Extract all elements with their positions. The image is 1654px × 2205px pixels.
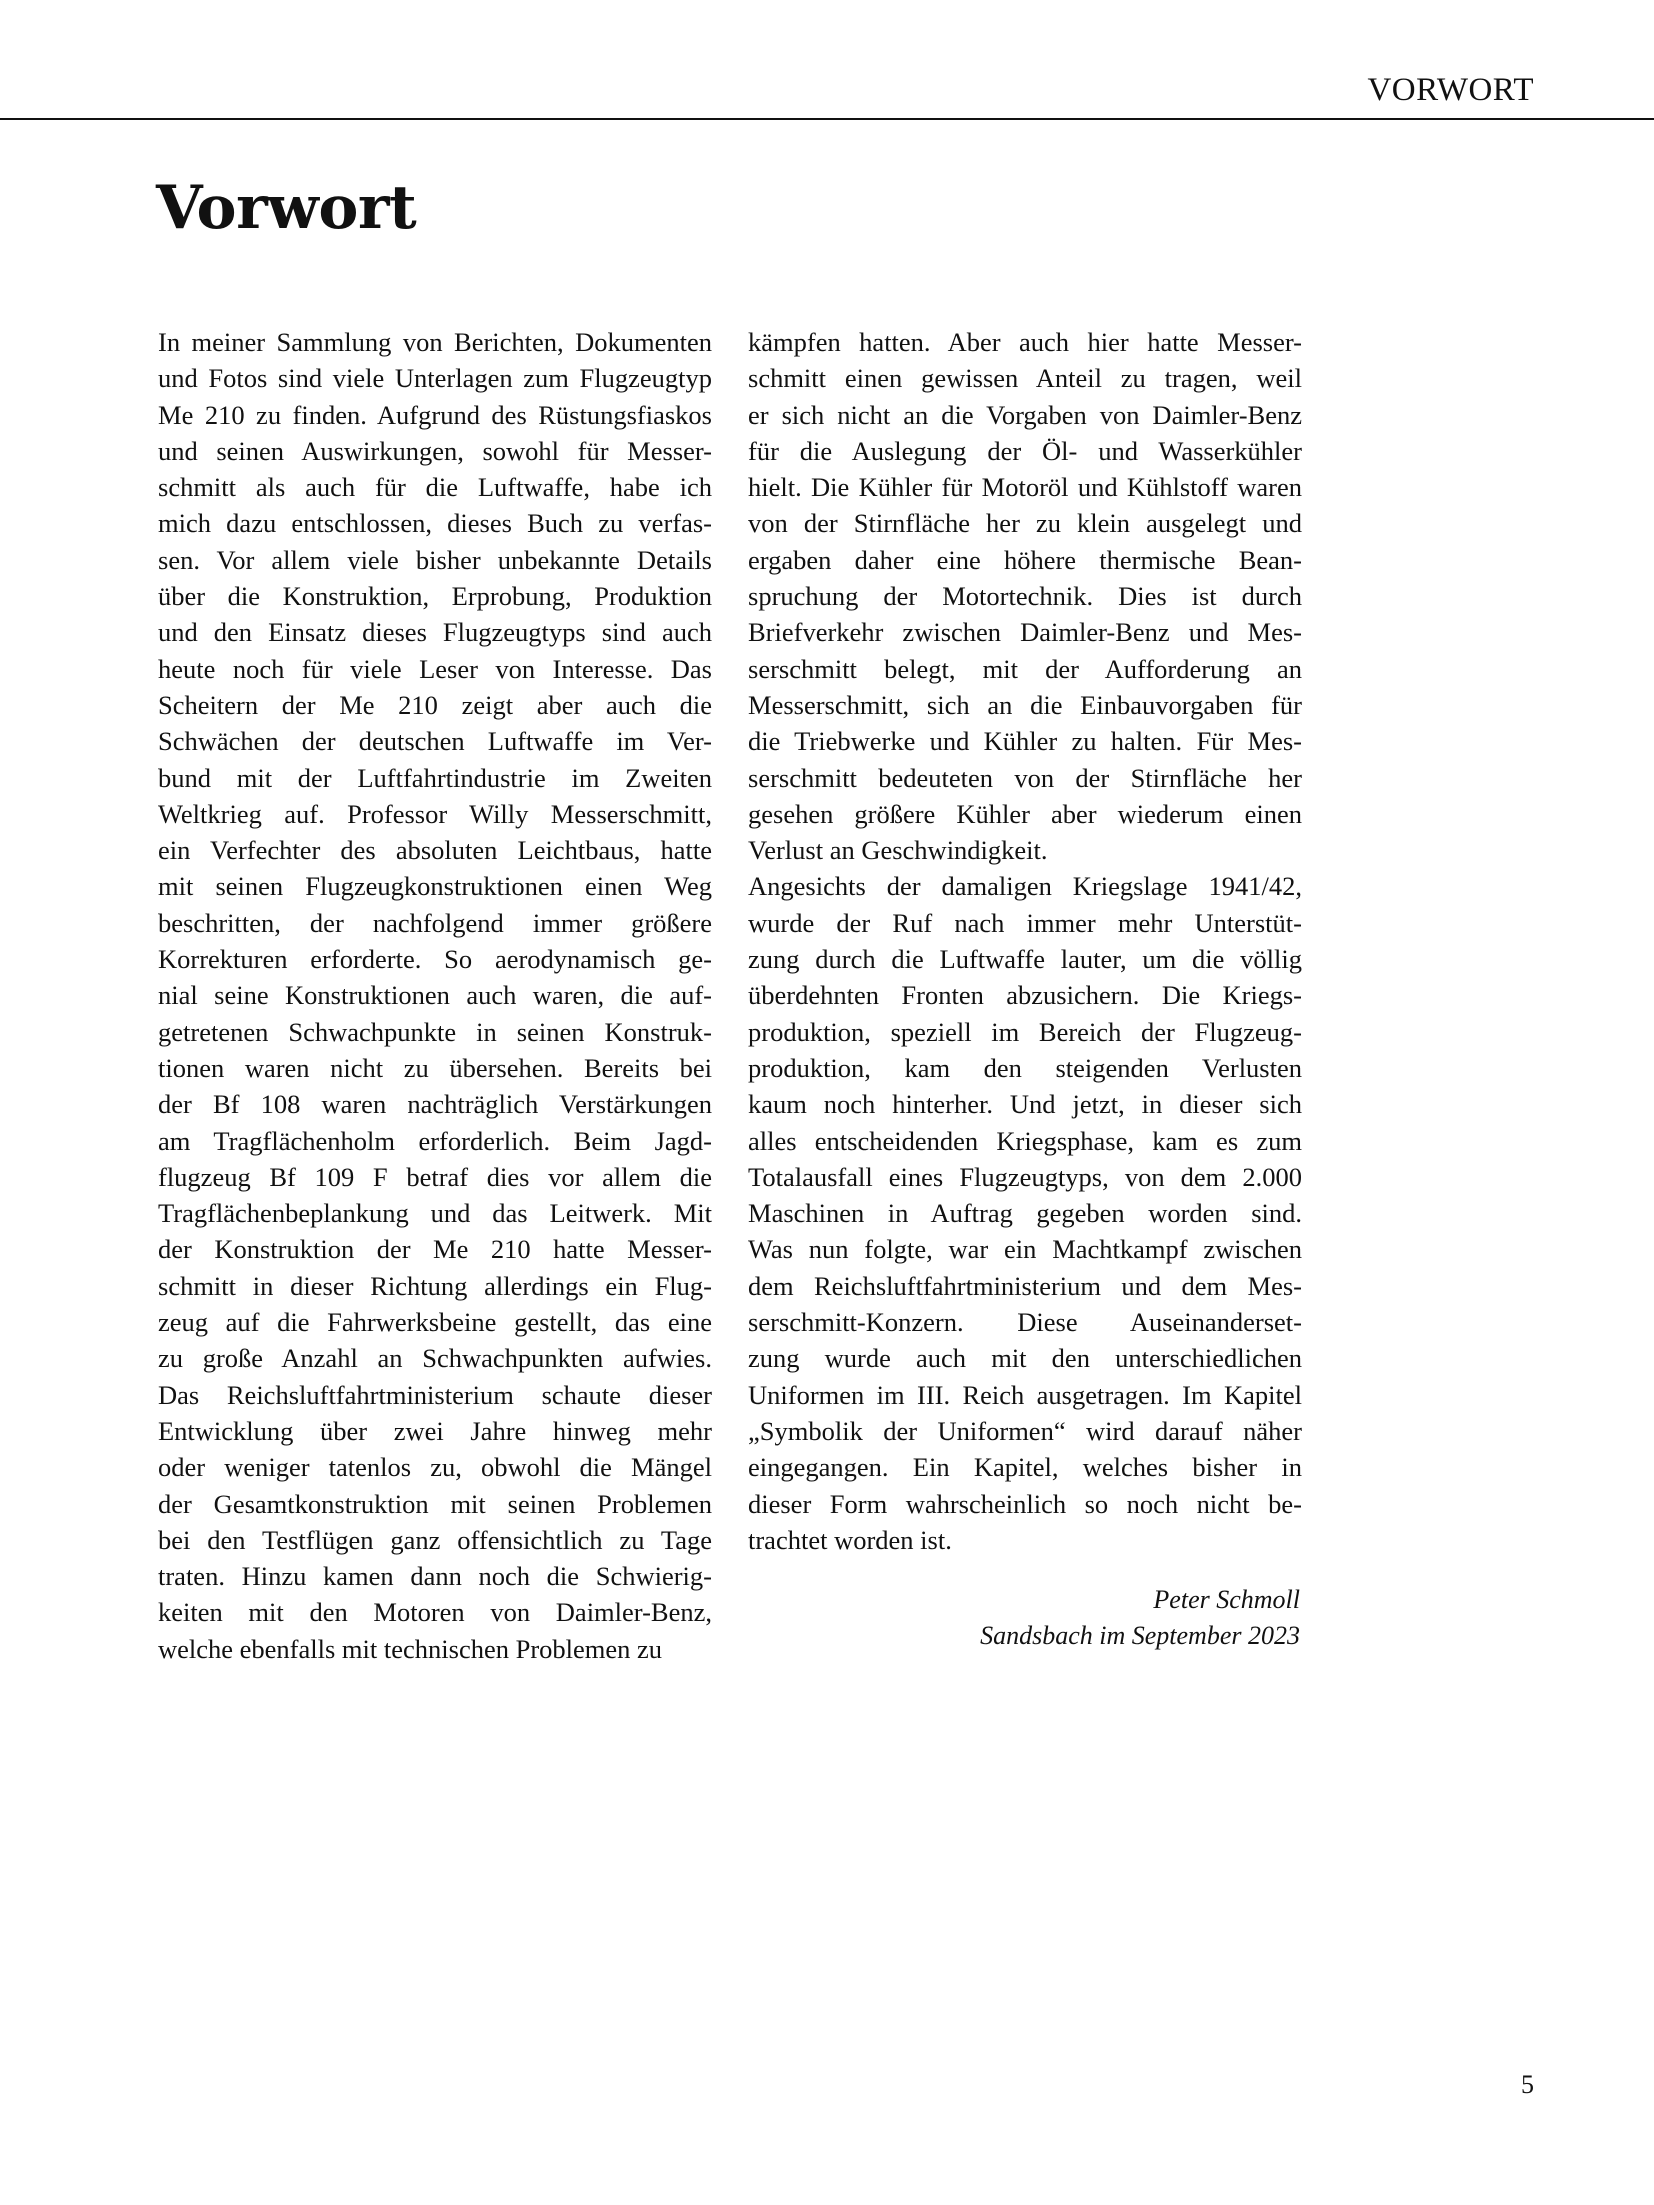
text-line: Messerschmitt, sich an die Einbauvorgabe… xyxy=(748,687,1302,723)
text-line: Verlust an Geschwindigkeit. xyxy=(748,832,1302,868)
text-line: Schwächen der deutschen Luftwaffe im Ver… xyxy=(158,723,712,759)
text-line: Was nun folgte, war ein Machtkampf zwisc… xyxy=(748,1231,1302,1267)
text-line: Uniformen im III. Reich ausgetragen. Im … xyxy=(748,1377,1302,1413)
text-line: eingegangen. Ein Kapitel, welches bisher… xyxy=(748,1449,1302,1485)
text-line: und den Einsatz dieses Flugzeugtyps sind… xyxy=(158,614,712,650)
text-line: tionen waren nicht zu übersehen. Bereits… xyxy=(158,1050,712,1086)
page-number: 5 xyxy=(1521,2070,1534,2100)
text-line: wurde der Ruf nach immer mehr Unterstüt- xyxy=(748,905,1302,941)
text-line: welche ebenfalls mit technischen Problem… xyxy=(158,1631,712,1667)
text-line: serschmitt belegt, mit der Aufforderung … xyxy=(748,651,1302,687)
signature-block: Peter Schmoll Sandsbach im September 202… xyxy=(980,1582,1300,1655)
place-date: Sandsbach im September 2023 xyxy=(980,1618,1300,1654)
text-line: und seinen Auswirkungen, sowohl für Mess… xyxy=(158,433,712,469)
text-line: kaum noch hinterher. Und jetzt, in diese… xyxy=(748,1086,1302,1122)
text-line: die Triebwerke und Kühler zu halten. Für… xyxy=(748,723,1302,759)
text-line: zu große Anzahl an Schwachpunkten aufwie… xyxy=(158,1340,712,1376)
header-rule xyxy=(0,118,1654,120)
text-column-right: kämpfen hatten. Aber auch hier hatte Mes… xyxy=(748,324,1302,1558)
text-line: Das Reichsluftfahrtministerium schaute d… xyxy=(158,1377,712,1413)
text-line: trachtet worden ist. xyxy=(748,1522,1302,1558)
text-line: serschmitt bedeuteten von der Stirnfläch… xyxy=(748,760,1302,796)
text-line: kämpfen hatten. Aber auch hier hatte Mes… xyxy=(748,324,1302,360)
text-line: Entwicklung über zwei Jahre hinweg mehr xyxy=(158,1413,712,1449)
text-line: produktion, speziell im Bereich der Flug… xyxy=(748,1014,1302,1050)
text-line: ergaben daher eine höhere thermische Bea… xyxy=(748,542,1302,578)
text-line: und Fotos sind viele Unterlagen zum Flug… xyxy=(158,360,712,396)
text-line: oder weniger tatenlos zu, obwohl die Män… xyxy=(158,1449,712,1485)
text-column-left: In meiner Sammlung von Berichten, Dokume… xyxy=(158,324,712,1667)
text-line: schmitt in dieser Richtung allerdings ei… xyxy=(158,1268,712,1304)
text-line: für die Auslegung der Öl- und Wasserkühl… xyxy=(748,433,1302,469)
text-line: Briefverkehr zwischen Daimler-Benz und M… xyxy=(748,614,1302,650)
text-line: mit seinen Flugzeugkonstruktionen einen … xyxy=(158,868,712,904)
text-line: schmitt als auch für die Luftwaffe, habe… xyxy=(158,469,712,505)
text-line: Me 210 zu finden. Aufgrund des Rüstungsf… xyxy=(158,397,712,433)
text-line: schmitt einen gewissen Anteil zu tragen,… xyxy=(748,360,1302,396)
text-line: Angesichts der damaligen Kriegslage 1941… xyxy=(748,868,1302,904)
text-line: keiten mit den Motoren von Daimler-Benz, xyxy=(158,1594,712,1630)
text-line: sen. Vor allem viele bisher unbekannte D… xyxy=(158,542,712,578)
text-line: alles entscheidenden Kriegsphase, kam es… xyxy=(748,1123,1302,1159)
text-line: zeug auf die Fahrwerksbeine gestellt, da… xyxy=(158,1304,712,1340)
text-line: serschmitt-Konzern. Diese Auseinanderset… xyxy=(748,1304,1302,1340)
text-line: Scheitern der Me 210 zeigt aber auch die xyxy=(158,687,712,723)
text-line: spruchung der Motortechnik. Dies ist dur… xyxy=(748,578,1302,614)
text-line: „Symbolik der Uniformen“ wird darauf näh… xyxy=(748,1413,1302,1449)
text-line: von der Stirnfläche her zu klein ausgele… xyxy=(748,505,1302,541)
text-line: am Tragflächenholm erforderlich. Beim Ja… xyxy=(158,1123,712,1159)
text-line: der Konstruktion der Me 210 hatte Messer… xyxy=(158,1231,712,1267)
text-line: Maschinen in Auftrag gegeben worden sind… xyxy=(748,1195,1302,1231)
text-line: getretenen Schwachpunkte in seinen Konst… xyxy=(158,1014,712,1050)
running-head: VORWORT xyxy=(1367,70,1534,110)
text-line: nial seine Konstruktionen auch waren, di… xyxy=(158,977,712,1013)
text-line: beschritten, der nachfolgend immer größe… xyxy=(158,905,712,941)
text-line: überdehnten Fronten abzusichern. Die Kri… xyxy=(748,977,1302,1013)
text-line: produktion, kam den steigenden Verlusten xyxy=(748,1050,1302,1086)
text-line: heute noch für viele Leser von Interesse… xyxy=(158,651,712,687)
text-line: er sich nicht an die Vorgaben von Daimle… xyxy=(748,397,1302,433)
text-line: flugzeug Bf 109 F betraf dies vor allem … xyxy=(158,1159,712,1195)
text-line: bund mit der Luftfahrtindustrie im Zweit… xyxy=(158,760,712,796)
text-line: zung durch die Luftwaffe lauter, um die … xyxy=(748,941,1302,977)
text-line: der Bf 108 waren nachträglich Verstärkun… xyxy=(158,1086,712,1122)
chapter-title: Vorwort xyxy=(156,168,416,248)
text-line: zung wurde auch mit den unterschiedliche… xyxy=(748,1340,1302,1376)
text-line: In meiner Sammlung von Berichten, Dokume… xyxy=(158,324,712,360)
text-line: hielt. Die Kühler für Motoröl und Kühlst… xyxy=(748,469,1302,505)
text-line: Totalausfall eines Flugzeugtyps, von dem… xyxy=(748,1159,1302,1195)
text-line: Weltkrieg auf. Professor Willy Messersch… xyxy=(158,796,712,832)
text-line: bei den Testflügen ganz offensichtlich z… xyxy=(158,1522,712,1558)
text-line: Tragflächenbeplankung und das Leitwerk. … xyxy=(158,1195,712,1231)
text-line: traten. Hinzu kamen dann noch die Schwie… xyxy=(158,1558,712,1594)
author-name: Peter Schmoll xyxy=(980,1582,1300,1618)
text-line: gesehen größere Kühler aber wiederum ein… xyxy=(748,796,1302,832)
text-line: Korrekturen erforderte. So aerodynamisch… xyxy=(158,941,712,977)
text-line: ein Verfechter des absoluten Leichtbaus,… xyxy=(158,832,712,868)
text-line: dem Reichsluftfahrtministerium und dem M… xyxy=(748,1268,1302,1304)
text-line: dieser Form wahrscheinlich so noch nicht… xyxy=(748,1486,1302,1522)
text-line: mich dazu entschlossen, dieses Buch zu v… xyxy=(158,505,712,541)
text-line: über die Konstruktion, Erprobung, Produk… xyxy=(158,578,712,614)
text-line: der Gesamtkonstruktion mit seinen Proble… xyxy=(158,1486,712,1522)
